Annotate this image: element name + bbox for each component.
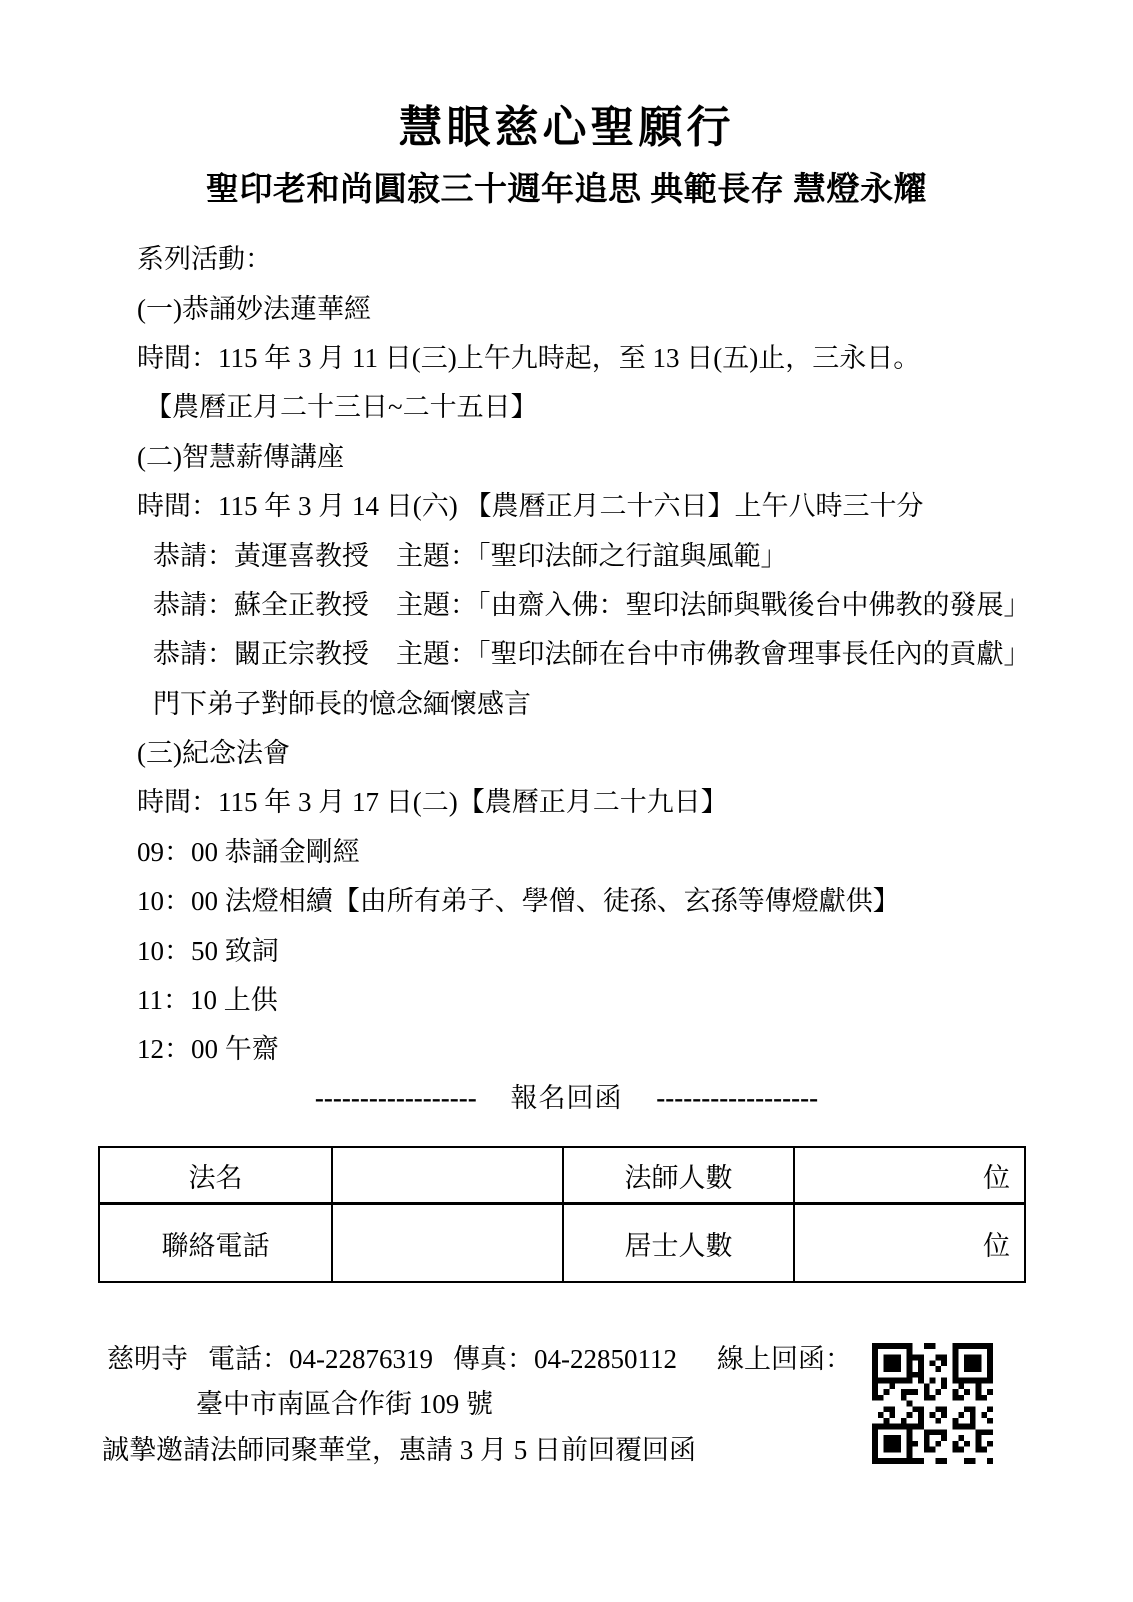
schedule-1000: 10：00 法燈相續【由所有弟子、學僧、徒孫、玄孫等傳燈獻供】 <box>0 874 1133 923</box>
activity-2-title: (二)智慧薪傳講座 <box>0 430 1133 479</box>
separator-right-dashes: ------------------ <box>656 1083 818 1113</box>
activity-3-time: 時間：115 年 3 月 17 日(二)【農曆正月二十九日】 <box>0 775 1133 824</box>
flyer-page: 慧眼慈心聖願行 聖印老和尚圓寂三十週年追思 典範長存 慧燈永耀 系列活動： (一… <box>0 0 1133 1602</box>
invitation-note: 誠摯邀請法師同聚華堂，惠請 3 月 5 日前回覆回函 <box>102 1428 696 1467</box>
registration-table: 法名 法師人數 位 聯絡電話 居士人數 位 <box>98 1146 1026 1283</box>
page-subtitle: 聖印老和尚圓寂三十週年追思 典範長存 慧燈永耀 <box>0 174 1133 207</box>
series-activities-heading: 系列活動： <box>0 232 1133 281</box>
registration-reply-label: 報名回函 <box>511 1083 623 1113</box>
schedule-0900: 09：00 恭誦金剛經 <box>0 825 1133 874</box>
dharma-name-label: 法名 <box>100 1148 331 1205</box>
registration-separator: ------------------ 報名回函 ----------------… <box>0 1082 1133 1114</box>
activity-1-lunar-date: 【農曆正月二十三日~二十五日】 <box>0 380 1133 429</box>
layperson-count-unit: 位 <box>793 1205 1024 1281</box>
dharma-name-input-cell <box>331 1148 562 1205</box>
contact-phone-label: 聯絡電話 <box>100 1205 331 1281</box>
layperson-count-label: 居士人數 <box>562 1205 793 1281</box>
schedule-1050: 10：50 致詞 <box>0 923 1133 972</box>
activity-3-title: (三)紀念法會 <box>0 726 1133 775</box>
temple-name: 慈明寺 <box>107 1337 188 1376</box>
lecture-2: 恭請：蘇全正教授 主題：「由齋入佛：聖印法師與戰後台中佛教的發展」 <box>0 578 1133 627</box>
monastic-count-label: 法師人數 <box>562 1148 793 1205</box>
schedule-1200: 12：00 午齋 <box>0 1022 1133 1071</box>
lecture-1: 恭請：黃運喜教授 主題：「聖印法師之行誼與風範」 <box>0 528 1133 577</box>
activity-1-time: 時間：115 年 3 月 11 日(三)上午九時起，至 13 日(五)止，三永日… <box>0 331 1133 380</box>
separator-left-dashes: ------------------ <box>315 1083 477 1113</box>
online-reply-label: 線上回函： <box>717 1337 852 1376</box>
contact-phone-input-cell <box>331 1205 562 1281</box>
qr-code <box>872 1343 993 1464</box>
temple-address: 臺中市南區合作街 109 號 <box>196 1382 493 1421</box>
monastic-count-unit: 位 <box>793 1148 1024 1205</box>
contact-line: 慈明寺 電話：04-22876319 傳真：04-22850112 線上回函： <box>107 1337 852 1376</box>
lecture-3: 恭請：闞正宗教授 主題：「聖印法師在台中市佛教會理事長任內的貢獻」 <box>0 627 1133 676</box>
disciples-remarks: 門下弟子對師長的憶念緬懷感言 <box>0 677 1133 726</box>
fax-number: 傳真：04-22850112 <box>453 1337 677 1376</box>
schedule-1110: 11：10 上供 <box>0 973 1133 1022</box>
activity-2-time: 時間：115 年 3 月 14 日(六) 【農曆正月二十六日】上午八時三十分 <box>0 479 1133 528</box>
phone-number: 電話：04-22876319 <box>208 1337 433 1376</box>
page-title: 慧眼慈心聖願行 <box>0 106 1133 150</box>
event-schedule: 系列活動： (一)恭誦妙法蓮華經 時間：115 年 3 月 11 日(三)上午九… <box>0 232 1133 1072</box>
activity-1-title: (一)恭誦妙法蓮華經 <box>0 281 1133 330</box>
